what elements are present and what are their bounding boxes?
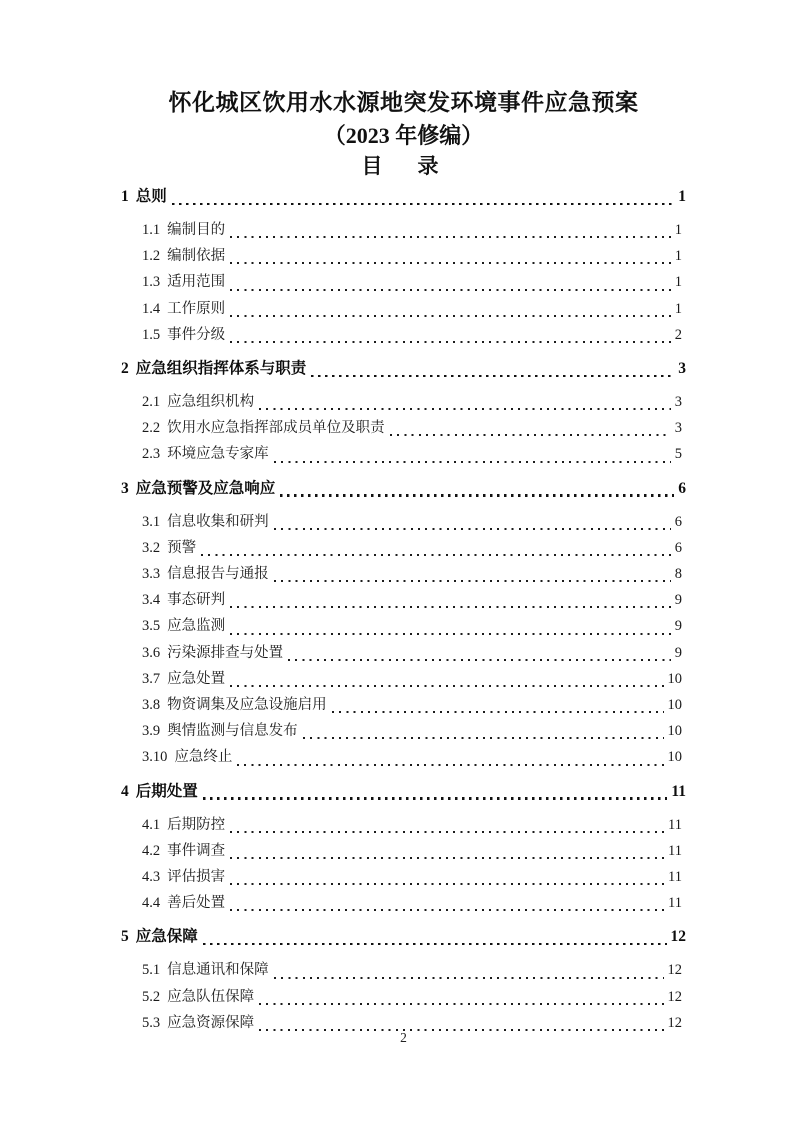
dot-leader (332, 711, 664, 713)
toc-entry-title: 编制依据 (167, 243, 225, 269)
toc-entry-title: 饮用水应急指挥部成员单位及职责 (167, 415, 385, 441)
toc-subsection-entry[interactable]: 3.4 事态研判 9 (142, 587, 686, 613)
dot-leader (230, 831, 664, 833)
toc-entry-title: 应急处置 (167, 666, 225, 692)
dot-leader (230, 262, 671, 264)
toc-entry-number: 4 (121, 778, 129, 805)
toc-subsection-entry[interactable]: 5.1 信息通讯和保障 12 (142, 957, 686, 983)
toc-entry-title: 信息通讯和保障 (167, 957, 269, 983)
toc-entry-number: 2.3 (142, 441, 160, 467)
toc-entry-number: 3 (121, 475, 129, 502)
toc-subsection-entry[interactable]: 3.10 应急终止 10 (142, 744, 686, 770)
dot-leader (230, 857, 664, 859)
toc-entry-title: 后期处置 (136, 778, 198, 805)
toc-entry-title: 应急预警及应急响应 (136, 475, 276, 502)
toc-entry-number: 4.4 (142, 890, 160, 916)
toc-entry-title: 预警 (167, 535, 196, 561)
toc-entry-title: 事件分级 (167, 322, 225, 348)
toc-entry-number: 3.8 (142, 692, 160, 718)
toc-entry-page: 1 (678, 183, 686, 210)
toc-subsection-entry[interactable]: 3.5 应急监测 9 (142, 613, 686, 639)
toc-entry-page: 11 (668, 864, 682, 890)
dot-leader (230, 606, 671, 608)
toc-subsection-entry[interactable]: 2.2 饮用水应急指挥部成员单位及职责 3 (142, 415, 686, 441)
toc-entry-page: 2 (675, 322, 682, 348)
toc-entry-page: 12 (668, 957, 683, 983)
toc-entry-number: 3.9 (142, 718, 160, 744)
toc-chapter-entry[interactable]: 1 总则 1 (121, 183, 686, 210)
dot-leader (230, 341, 671, 343)
dot-leader (230, 633, 671, 635)
dot-leader (280, 494, 674, 496)
toc-entry-title: 事件调查 (167, 838, 225, 864)
toc-entry-page: 11 (668, 812, 682, 838)
toc-entry-page: 6 (675, 535, 682, 561)
document-title: 怀化城区饮用水水源地突发环境事件应急预案 (121, 86, 686, 119)
page-content: 怀化城区饮用水水源地突发环境事件应急预案 （2023 年修编） 目 录 1 总则… (121, 86, 686, 1036)
toc-entry-title: 总则 (136, 183, 167, 210)
toc-entry-title: 编制目的 (167, 217, 225, 243)
toc-subsection-entry[interactable]: 1.4 工作原则 1 (142, 296, 686, 322)
toc-entry-number: 1.5 (142, 322, 160, 348)
toc-subsection-entry[interactable]: 4.4 善后处置 11 (142, 890, 686, 916)
toc-entry-number: 1.4 (142, 296, 160, 322)
toc-heading: 目 录 (121, 152, 686, 180)
toc-entry-title: 评估损害 (167, 864, 225, 890)
toc-entry-title: 应急监测 (167, 613, 225, 639)
toc-entry-page: 11 (671, 778, 686, 805)
toc-entry-number: 5.2 (142, 984, 160, 1010)
toc-entry-number: 3.4 (142, 587, 160, 613)
toc-entry-number: 3.5 (142, 613, 160, 639)
toc-entry-title: 应急组织机构 (167, 389, 254, 415)
toc-subsection-entry[interactable]: 3.7 应急处置 10 (142, 666, 686, 692)
toc-entry-number: 2 (121, 355, 129, 382)
toc-entry-page: 12 (671, 923, 687, 950)
toc-entry-title: 事态研判 (167, 587, 225, 613)
toc-entry-number: 1.2 (142, 243, 160, 269)
dot-leader (390, 434, 671, 436)
dot-leader (237, 764, 663, 766)
toc-subsection-entry[interactable]: 3.1 信息收集和研判 6 (142, 509, 686, 535)
toc-subsection-entry[interactable]: 1.1 编制目的 1 (142, 217, 686, 243)
toc-entry-page: 3 (675, 389, 682, 415)
toc-entry-number: 3.2 (142, 535, 160, 561)
toc-entry-number: 4.2 (142, 838, 160, 864)
toc-entry-title: 应急组织指挥体系与职责 (136, 355, 307, 382)
document-page: 怀化城区饮用水水源地突发环境事件应急预案 （2023 年修编） 目 录 1 总则… (0, 0, 793, 1122)
toc-chapter-entry[interactable]: 5 应急保障 12 (121, 923, 686, 950)
toc-subsection-entry[interactable]: 1.3 适用范围 1 (142, 269, 686, 295)
dot-leader (274, 528, 671, 530)
toc-subsection-entry[interactable]: 3.8 物资调集及应急设施启用 10 (142, 692, 686, 718)
toc-entry-page: 9 (675, 640, 682, 666)
toc-entry-page: 3 (678, 355, 686, 382)
toc-subsection-entry[interactable]: 2.3 环境应急专家库 5 (142, 441, 686, 467)
toc-entry-number: 5.1 (142, 957, 160, 983)
toc-entry-page: 5 (675, 441, 682, 467)
toc-chapter-entry[interactable]: 3 应急预警及应急响应 6 (121, 475, 686, 502)
toc-entry-number: 1 (121, 183, 129, 210)
document-subtitle: （2023 年修编） (121, 119, 686, 152)
toc-entry-number: 2.2 (142, 415, 160, 441)
toc-subsection-entry[interactable]: 4.2 事件调查 11 (142, 838, 686, 864)
toc-entry-page: 9 (675, 587, 682, 613)
toc-entry-page: 9 (675, 613, 682, 639)
toc-entry-page: 1 (675, 269, 682, 295)
toc-entry-page: 12 (668, 984, 683, 1010)
dot-leader (230, 289, 671, 291)
dot-leader (203, 943, 667, 945)
toc-entry-title: 环境应急专家库 (167, 441, 269, 467)
dot-leader (303, 737, 664, 739)
toc-chapter-entry[interactable]: 4 后期处置 11 (121, 778, 686, 805)
toc-entry-page: 8 (675, 561, 682, 587)
dot-leader (311, 375, 674, 377)
toc-entry-title: 物资调集及应急设施启用 (167, 692, 327, 718)
toc-entry-page: 1 (675, 296, 682, 322)
toc-entry-number: 4.1 (142, 812, 160, 838)
dot-leader (172, 203, 674, 205)
dot-leader (288, 659, 671, 661)
toc-entry-number: 2.1 (142, 389, 160, 415)
toc-entry-page: 10 (668, 718, 683, 744)
toc-entry-title: 善后处置 (167, 890, 225, 916)
toc-entry-number: 5 (121, 923, 129, 950)
toc-entry-number: 1.3 (142, 269, 160, 295)
toc-entry-number: 3.1 (142, 509, 160, 535)
toc-entry-title: 应急保障 (136, 923, 198, 950)
dot-leader (230, 236, 671, 238)
toc-entry-page: 1 (675, 243, 682, 269)
dot-leader (259, 408, 671, 410)
toc-entry-title: 适用范围 (167, 269, 225, 295)
toc-entry-number: 3.7 (142, 666, 160, 692)
toc-subsection-entry[interactable]: 1.2 编制依据 1 (142, 243, 686, 269)
dot-leader (274, 580, 671, 582)
dot-leader (230, 685, 663, 687)
toc-subsection-entry[interactable]: 4.3 评估损害 11 (142, 864, 686, 890)
dot-leader (259, 1003, 663, 1005)
dot-leader (274, 461, 671, 463)
toc-subsection-entry[interactable]: 3.2 预警 6 (142, 535, 686, 561)
toc-entry-title: 应急队伍保障 (167, 984, 254, 1010)
toc-entry-page: 6 (675, 509, 682, 535)
toc-entry-title: 应急终止 (174, 744, 232, 770)
toc-entry-number: 3.6 (142, 640, 160, 666)
toc-entry-number: 3.3 (142, 561, 160, 587)
dot-leader (274, 977, 664, 979)
dot-leader (201, 554, 671, 556)
toc-entry-number: 4.3 (142, 864, 160, 890)
toc-subsection-entry[interactable]: 3.3 信息报告与通报 8 (142, 561, 686, 587)
toc-entry-number: 1.1 (142, 217, 160, 243)
toc-entry-page: 10 (668, 692, 683, 718)
dot-leader (203, 797, 668, 799)
toc-subsection-entry[interactable]: 5.2 应急队伍保障 12 (142, 984, 686, 1010)
toc-entry-page: 11 (668, 838, 682, 864)
dot-leader (230, 315, 671, 317)
toc-subsection-entry[interactable]: 1.5 事件分级 2 (142, 322, 686, 348)
toc-entry-page: 6 (678, 475, 686, 502)
toc-subsection-entry[interactable]: 4.1 后期防控 11 (142, 812, 686, 838)
dot-leader (230, 909, 664, 911)
toc-subsection-entry[interactable]: 2.1 应急组织机构 3 (142, 389, 686, 415)
footer-page-number: 2 (121, 1030, 686, 1046)
toc-entry-title: 工作原则 (167, 296, 225, 322)
toc-entry-page: 11 (668, 890, 682, 916)
toc-entry-title: 信息报告与通报 (167, 561, 269, 587)
toc-entry-page: 3 (675, 415, 682, 441)
toc-entry-page: 1 (675, 217, 682, 243)
toc-entry-title: 舆情监测与信息发布 (167, 718, 298, 744)
toc-subsection-entry[interactable]: 3.6 污染源排查与处置 9 (142, 640, 686, 666)
toc-entry-page: 10 (668, 666, 683, 692)
toc-list: 1 总则 1 1.1 编制目的 1 1.2 编制依据 1 1.3 适用范围 1 … (121, 183, 686, 1036)
toc-subsection-entry[interactable]: 3.9 舆情监测与信息发布 10 (142, 718, 686, 744)
toc-entry-title: 后期防控 (167, 812, 225, 838)
toc-chapter-entry[interactable]: 2 应急组织指挥体系与职责 3 (121, 355, 686, 382)
toc-entry-page: 10 (668, 744, 683, 770)
toc-entry-title: 信息收集和研判 (167, 509, 269, 535)
dot-leader (230, 883, 664, 885)
toc-entry-title: 污染源排查与处置 (167, 640, 283, 666)
toc-entry-number: 3.10 (142, 744, 167, 770)
